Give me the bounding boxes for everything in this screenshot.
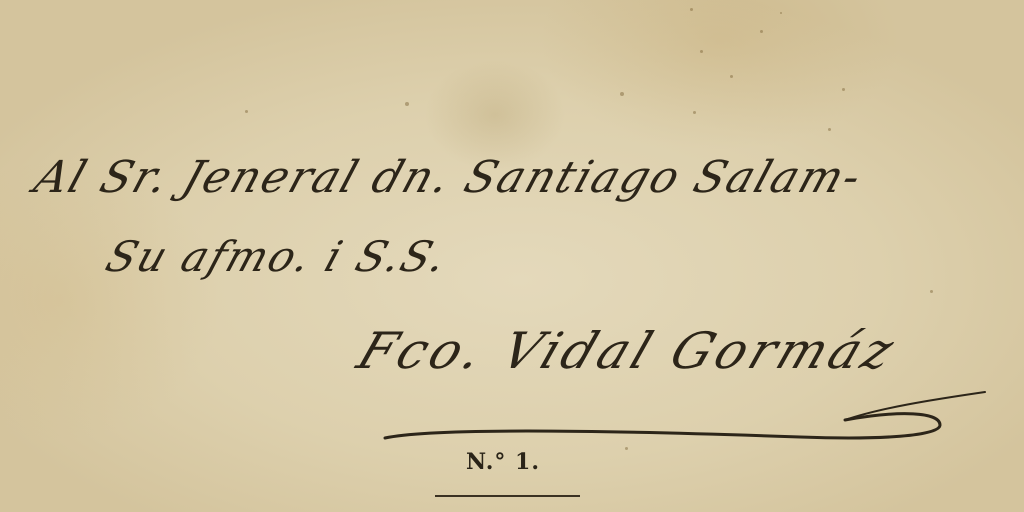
- document-page: Al Sr. Jeneral dn. Santiago Salam- Su af…: [0, 0, 1024, 512]
- printed-rule: [435, 495, 580, 497]
- signature-flourish: [0, 0, 1024, 512]
- document-number: N.° 1.: [466, 449, 540, 475]
